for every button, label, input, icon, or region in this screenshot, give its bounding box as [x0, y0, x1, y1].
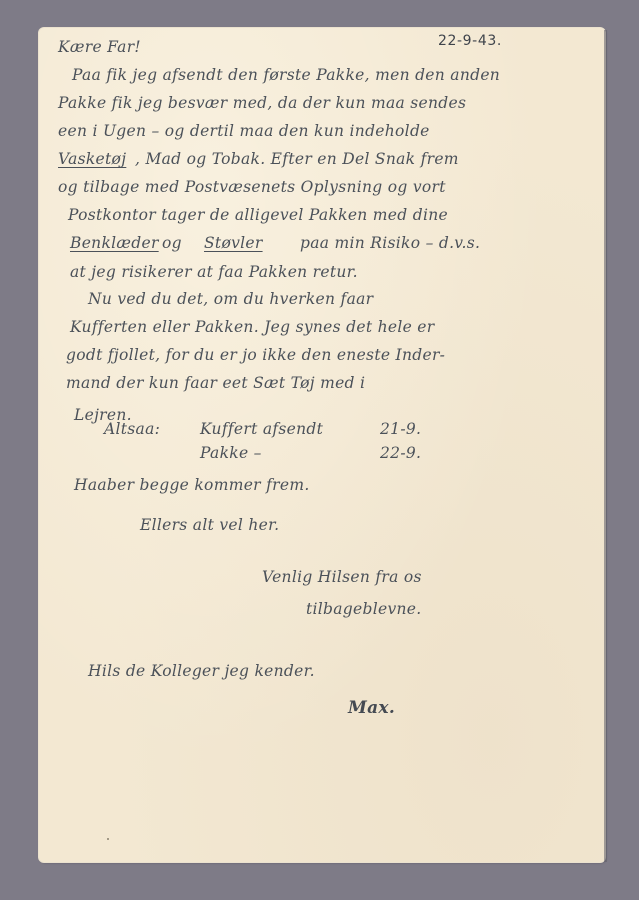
text-line-2: Pakke fik jeg besvær med, da der kun maa…	[58, 96, 466, 112]
signature: Max.	[348, 700, 395, 717]
text-word-vasketoj: Vasketøj	[58, 152, 126, 168]
summary-item-2-name: Pakke –	[200, 446, 262, 462]
text-line-8: at jeg risikerer at faa Pakken retur.	[70, 265, 358, 281]
text-word-stovler: Støvler	[204, 236, 263, 252]
letter-date: 22-9-43.	[438, 34, 502, 48]
text-line-9: Nu ved du det, om du hverken faar	[88, 292, 373, 308]
salutation: Kære Far!	[58, 40, 141, 56]
summary-item-1-name: Kuffert afsendt	[200, 422, 323, 438]
text-line-6: Postkontor tager de alligevel Pakken med…	[68, 208, 448, 224]
closing-line-1: Haaber begge kommer frem.	[74, 478, 310, 494]
postscript: Hils de Kolleger jeg kender.	[88, 664, 315, 680]
card-edge-shadow	[604, 30, 607, 862]
text-line-4-rest: , Mad og Tobak. Efter en Del Snak frem	[135, 152, 459, 168]
paper-speck	[107, 838, 109, 840]
text-word-og: og	[162, 236, 182, 252]
text-line-1: Paa fik jeg afsendt den første Pakke, me…	[72, 68, 500, 84]
summary-label: Altsaa:	[104, 422, 160, 438]
summary-item-2-date: 22-9.	[380, 446, 421, 462]
closing-line-2: Ellers alt vel her.	[140, 518, 279, 534]
text-word-benklaeder: Benklæder	[70, 236, 159, 252]
text-line-3: een i Ugen – og dertil maa den kun indeh…	[58, 124, 430, 140]
text-line-5: og tilbage med Postvæsenets Oplysning og…	[58, 180, 446, 196]
text-line-11: godt fjollet, for du er jo ikke den enes…	[66, 348, 445, 364]
text-line-12: mand der kun faar eet Sæt Tøj med i	[66, 376, 365, 392]
regards-line-1: Venlig Hilsen fra os	[262, 570, 422, 586]
summary-item-1-date: 21-9.	[380, 422, 421, 438]
text-line-7-rest: paa min Risiko – d.v.s.	[300, 236, 480, 252]
regards-line-2: tilbageblevne.	[306, 602, 422, 618]
text-line-10: Kufferten eller Pakken. Jeg synes det he…	[70, 320, 434, 336]
